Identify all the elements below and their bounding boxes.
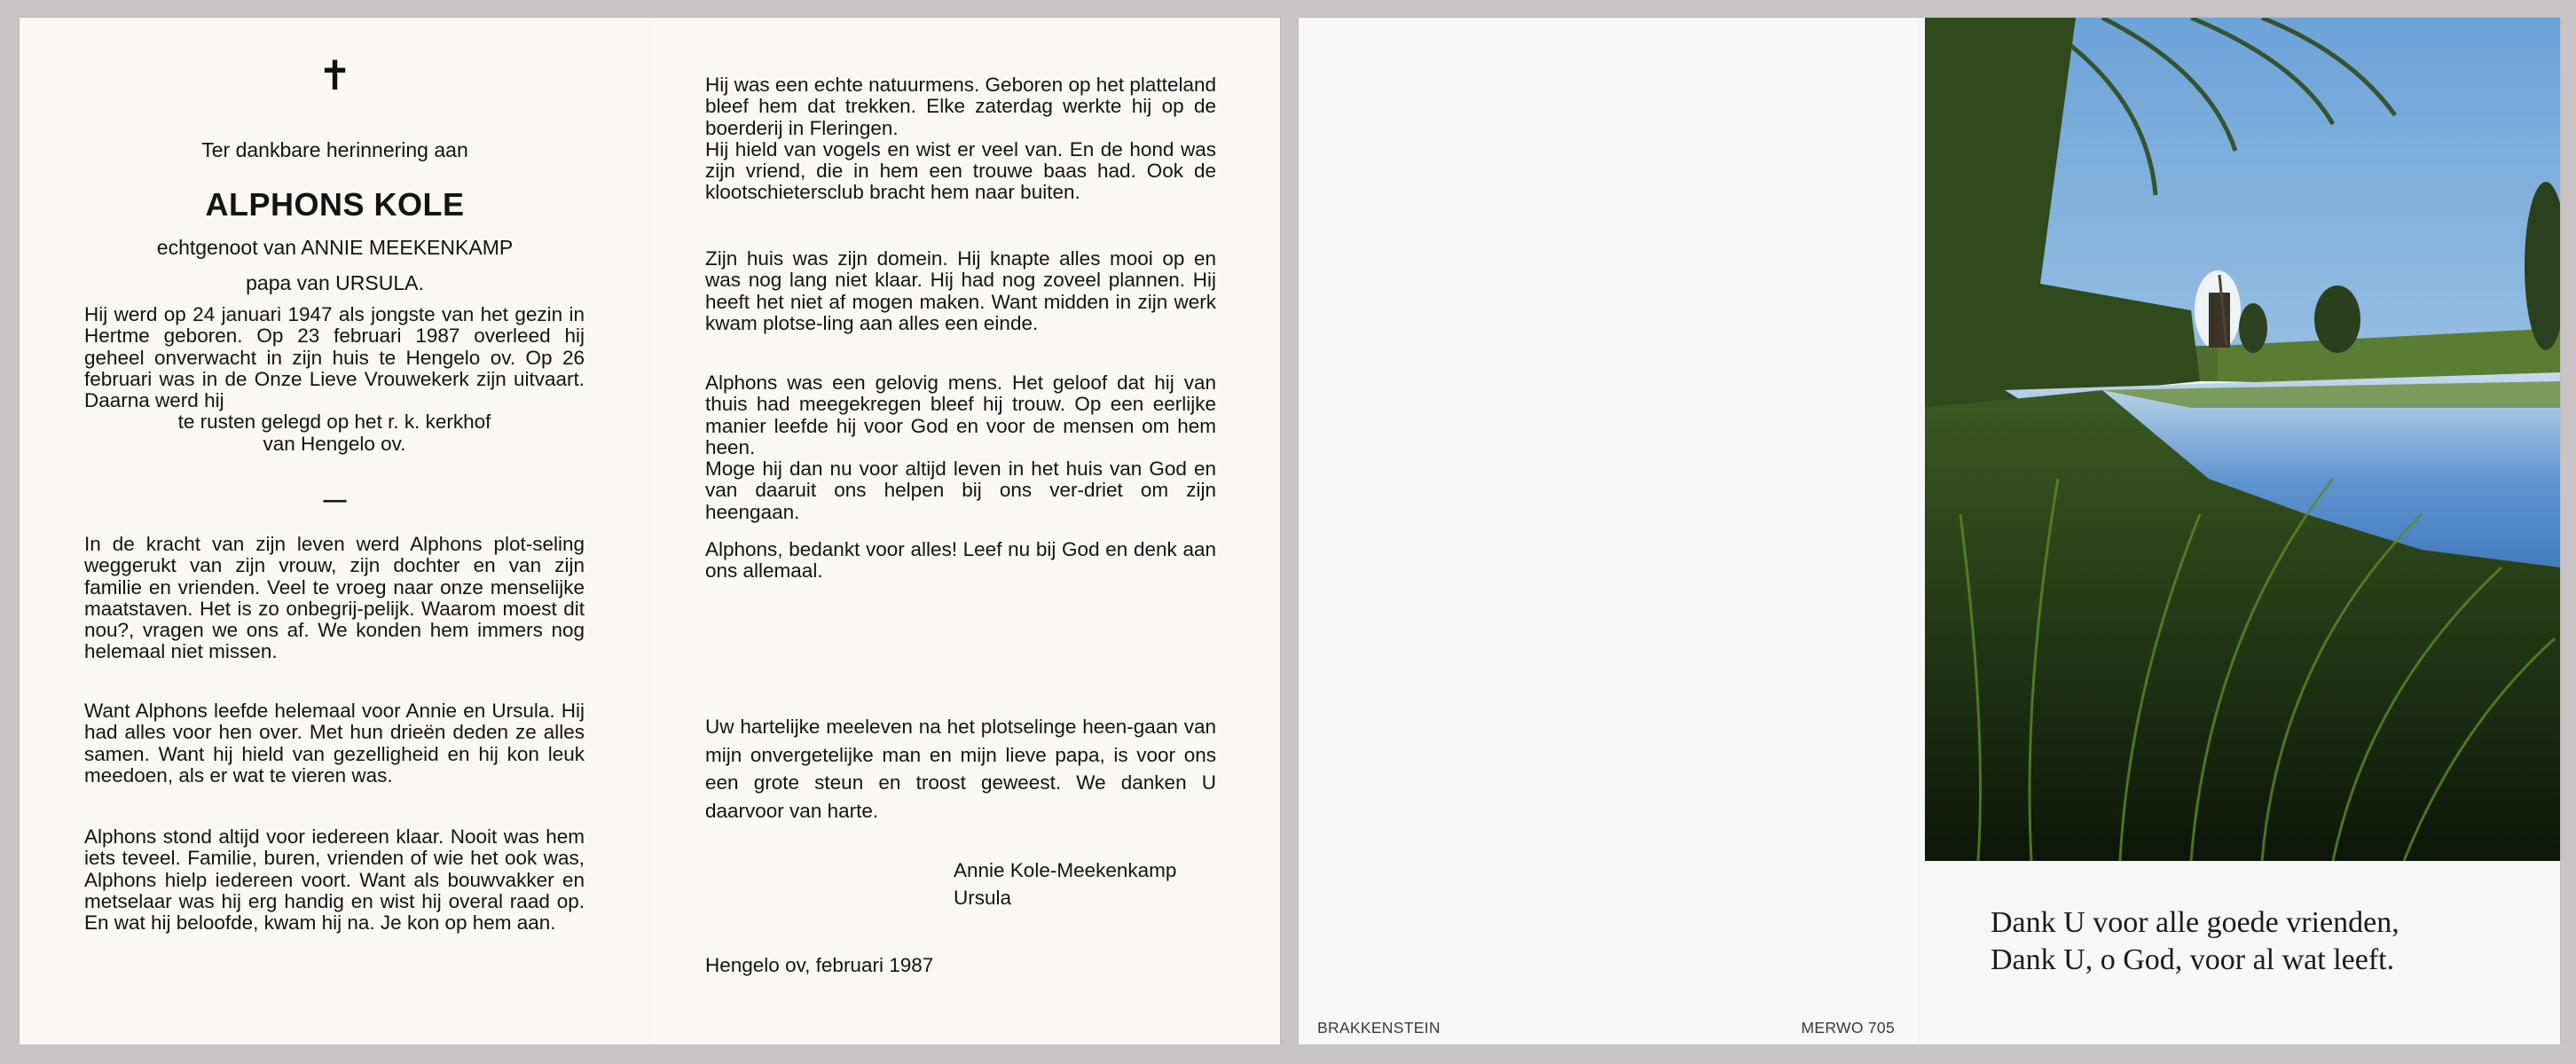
printer-imprint: BRAKKENSTEIN — [1317, 1019, 1441, 1037]
burial-place-line: van Hengelo ov. — [84, 434, 585, 455]
verse-line: Dank U, o God, voor al wat leeft. — [1991, 942, 2399, 979]
page-remembrance: Hij was een echte natuurmens. Geboren op… — [650, 18, 1280, 1044]
paragraph: In de kracht van zijn leven werd Alphons… — [84, 534, 585, 663]
burial-line: te rusten gelegd op het r. k. kerkhof — [84, 411, 585, 433]
page-obituary: ✝ Ter dankbare herinnering aan ALPHONS K… — [20, 18, 650, 1044]
biography-text: Hij werd op 24 januari 1947 als jongste … — [84, 303, 585, 411]
paragraph: Hij was een echte natuurmens. Geboren op… — [705, 74, 1216, 204]
thanks-paragraph: Uw hartelijke meeleven na het plotseling… — [705, 713, 1216, 825]
deceased-name: ALPHONS KOLE — [20, 186, 650, 223]
signature-block: Annie Kole-Meekenkamp Ursula — [954, 857, 1176, 911]
landscape-photo — [1925, 18, 2560, 861]
signature-spouse: Annie Kole-Meekenkamp — [954, 857, 1176, 884]
place-date: Hengelo ov, februari 1987 — [705, 954, 933, 977]
paragraph: Want Alphons leefde helemaal voor Annie … — [84, 700, 585, 786]
cross-icon: ✝ — [20, 55, 650, 96]
page-cover: Dank U voor alle goede vrienden, Dank U,… — [1918, 18, 2560, 1044]
intro-line: Ter dankbare herinnering aan — [20, 138, 650, 162]
memorial-card-outside: BRAKKENSTEIN MERWO 705 — [1299, 18, 2560, 1044]
child-line: papa van URSULA. — [20, 271, 650, 295]
paragraph: Zijn huis was zijn domein. Hij knapte al… — [705, 248, 1216, 334]
card-number: MERWO 705 — [1802, 1019, 1895, 1037]
paragraph: Alphons, bedankt voor alles! Leef nu bij… — [705, 539, 1216, 583]
separator-dash: — — [20, 486, 650, 513]
memorial-card-inside: ✝ Ter dankbare herinnering aan ALPHONS K… — [20, 18, 1280, 1044]
paragraph: Alphons stond altijd voor iedereen klaar… — [84, 826, 585, 934]
spouse-line: echtgenoot van ANNIE MEEKENKAMP — [20, 236, 650, 260]
biography-paragraph: Hij werd op 24 januari 1947 als jongste … — [84, 304, 585, 455]
page-back: BRAKKENSTEIN MERWO 705 — [1299, 18, 1918, 1044]
signature-daughter: Ursula — [954, 884, 1176, 911]
verse: Dank U voor alle goede vrienden, Dank U,… — [1991, 904, 2399, 979]
paragraph: Alphons was een gelovig mens. Het geloof… — [705, 372, 1216, 523]
landscape-illustration — [1925, 18, 2560, 861]
verse-line: Dank U voor alle goede vrienden, — [1991, 904, 2399, 942]
